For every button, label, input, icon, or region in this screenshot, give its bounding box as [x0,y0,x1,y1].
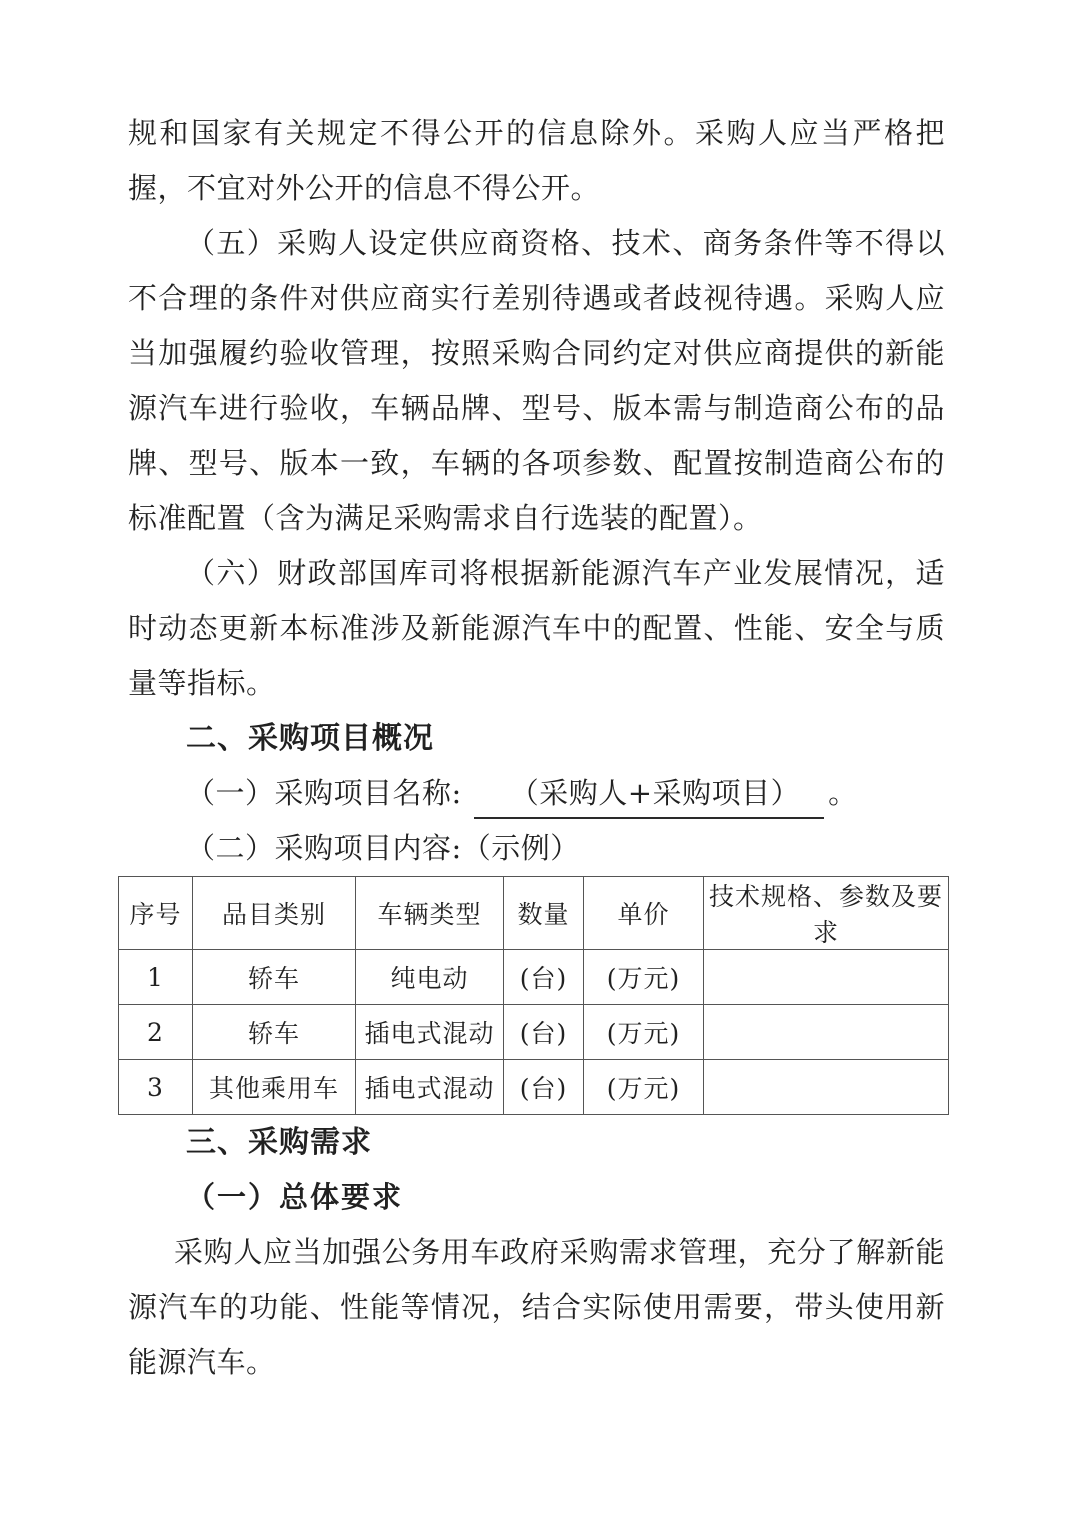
paragraph-item-5: （五）采购人设定供应商资格、技术、商务条件等不得以不合理的条件对供应商实行差别待… [128,216,945,546]
procurement-name-line: （一）采购项目名称:（采购人+采购项目）。 [128,766,945,821]
column-header-seq: 序号 [119,877,193,950]
table-cell: 插电式混动 [356,1060,504,1115]
table-cell: (万元) [584,950,704,1005]
table-cell: 3 [119,1060,193,1115]
table-cell: 2 [119,1005,193,1060]
table-cell [704,1005,949,1060]
document-page: 规和国家有关规定不得公开的信息除外。采购人应当严格把握，不宜对外公开的信息不得公… [0,0,1080,1527]
table-cell: (万元) [584,1005,704,1060]
table-cell: (万元) [584,1060,704,1115]
table-cell: 纯电动 [356,950,504,1005]
table-cell: 轿车 [193,950,356,1005]
table-cell: (台) [504,950,584,1005]
table-cell: 其他乘用车 [193,1060,356,1115]
column-header-specs: 技术规格、参数及要求 [704,877,949,950]
table-header-row: 序号 品目类别 车辆类型 数量 单价 技术规格、参数及要求 [119,877,949,950]
paragraph-overall-requirements: 采购人应当加强公务用车政府采购需求管理，充分了解新能源汽车的功能、性能等情况，结… [128,1225,945,1390]
procurement-name-label: （一）采购项目名称: [186,776,462,810]
table-cell: 轿车 [193,1005,356,1060]
table-row: 1 轿车 纯电动 (台) (万元) [119,950,949,1005]
table-cell: (台) [504,1005,584,1060]
table-row: 2 轿车 插电式混动 (台) (万元) [119,1005,949,1060]
procurement-content-line: （二）采购项目内容:（示例） [128,821,945,876]
table-cell: 1 [119,950,193,1005]
table-row: 3 其他乘用车 插电式混动 (台) (万元) [119,1060,949,1115]
paragraph-item-6: （六）财政部国库司将根据新能源汽车产业发展情况，适时动态更新本标准涉及新能源汽车… [128,546,945,711]
section-2-heading: 二、采购项目概况 [128,711,945,766]
table-cell: 插电式混动 [356,1005,504,1060]
procurement-items-table: 序号 品目类别 车辆类型 数量 单价 技术规格、参数及要求 1 轿车 纯电动 (… [118,876,949,1115]
column-header-quantity: 数量 [504,877,584,950]
table-cell: (台) [504,1060,584,1115]
column-header-unit-price: 单价 [584,877,704,950]
column-header-vehicle-type: 车辆类型 [356,877,504,950]
section-3-subheading: （一）总体要求 [128,1170,945,1225]
table-cell [704,1060,949,1115]
paragraph-continuation: 规和国家有关规定不得公开的信息除外。采购人应当严格把握，不宜对外公开的信息不得公… [128,106,945,216]
procurement-name-period: 。 [828,776,858,810]
table-cell [704,950,949,1005]
column-header-category: 品目类别 [193,877,356,950]
procurement-name-fill-in: （采购人+采购项目） [474,773,824,819]
section-3-heading: 三、采购需求 [128,1115,945,1170]
